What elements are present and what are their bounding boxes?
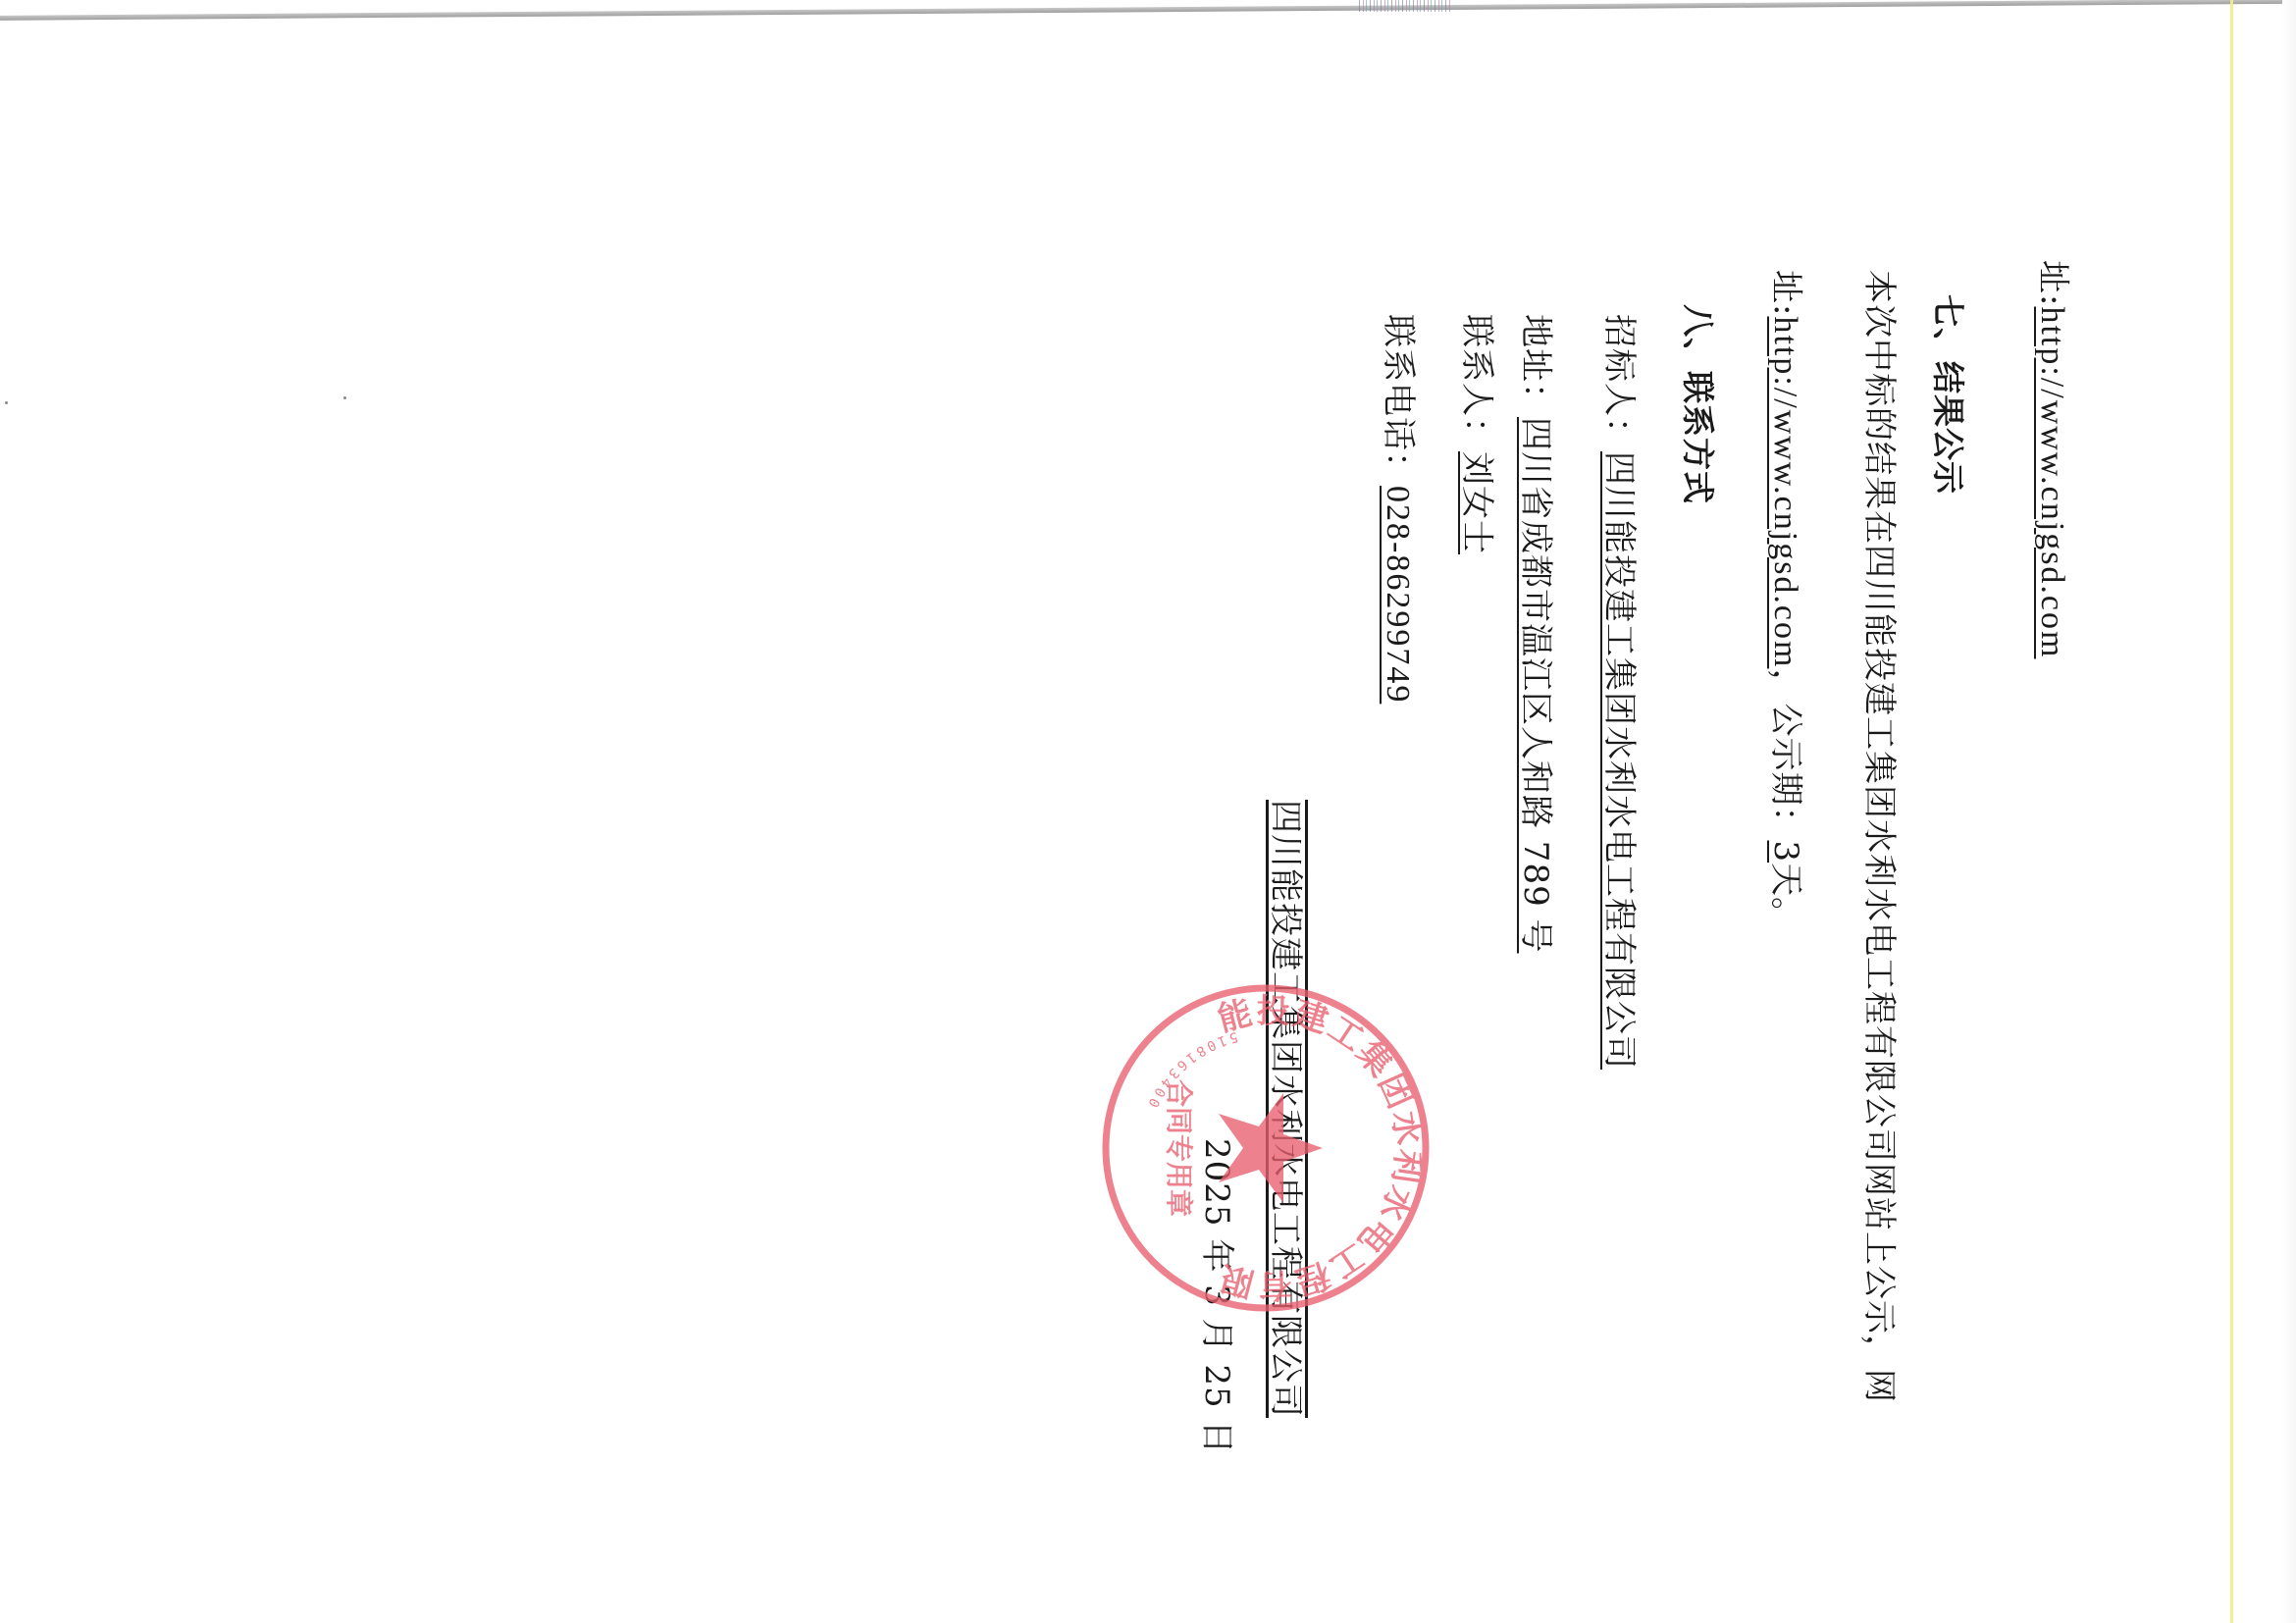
section-7-body: 本次中标的结果在四川能投建工集团水利水电工程有限公司网站上公示，网 [1859,270,1899,1403]
section-7-heading: 七、结果公示 [1928,294,1967,495]
signature-company-name: 四川能投建工集团水利水电工程有限公司 [1266,800,1305,1418]
tenderer-line: 招标人：四川能投建工集团水利水电工程有限公司 [1599,314,1639,1070]
publicity-period-unit: 天。 [1766,863,1805,931]
address-label: 地址： [1516,314,1555,417]
tenderer-label: 招标人： [1599,314,1639,451]
address-value: 四川省成都市温江区人和路 789 号 [1516,417,1555,954]
section-7-body-continued: 址:http://www.cnjgsd.com，公示期：3天。 [1765,270,1805,931]
contact-person-line: 联系人：刘女士 [1457,314,1496,554]
website-link-2[interactable]: http://www.cnjgsd.com [1767,316,1803,668]
section-8-heading: 八、联系方式 [1678,304,1717,504]
document-page: 址:http://www.cnjgsd.com 七、结果公示 本次中标的结果在四… [0,0,2296,1623]
signature-company: 四川能投建工集团水利水电工程有限公司 [1266,800,1305,1418]
address-tail-line: 址:http://www.cnjgsd.com [2032,260,2072,658]
publicity-period-value: 3 [1766,840,1805,863]
website-link[interactable]: http://www.cnjgsd.com [2034,306,2070,658]
address-tail-prefix: 址: [2033,260,2072,306]
website-prefix: 址: [1766,270,1805,316]
contact-person-value: 刘女士 [1457,451,1496,554]
stamp-ring-text: 四川能投建工集团水利水电工程有限公司 [1214,981,1433,1304]
stamp-serial: 5108163400 [1143,1028,1239,1113]
phone-value: 028-86299749 [1380,486,1416,704]
stamp-bottom-text: 合同专用章 [1163,1079,1195,1217]
contact-person-label: 联系人： [1457,314,1496,451]
publicity-period-label: ，公示期： [1766,668,1805,840]
tenderer-value: 四川能投建工集团水利水电工程有限公司 [1599,451,1639,1070]
phone-label: 联系电话： [1379,314,1418,486]
address-line: 地址：四川省成都市温江区人和路 789 号 [1516,314,1555,954]
phone-line: 联系电话：028-86299749 [1378,314,1418,704]
signature-date: 2025 年 3 月 25 日 [1197,1138,1236,1454]
